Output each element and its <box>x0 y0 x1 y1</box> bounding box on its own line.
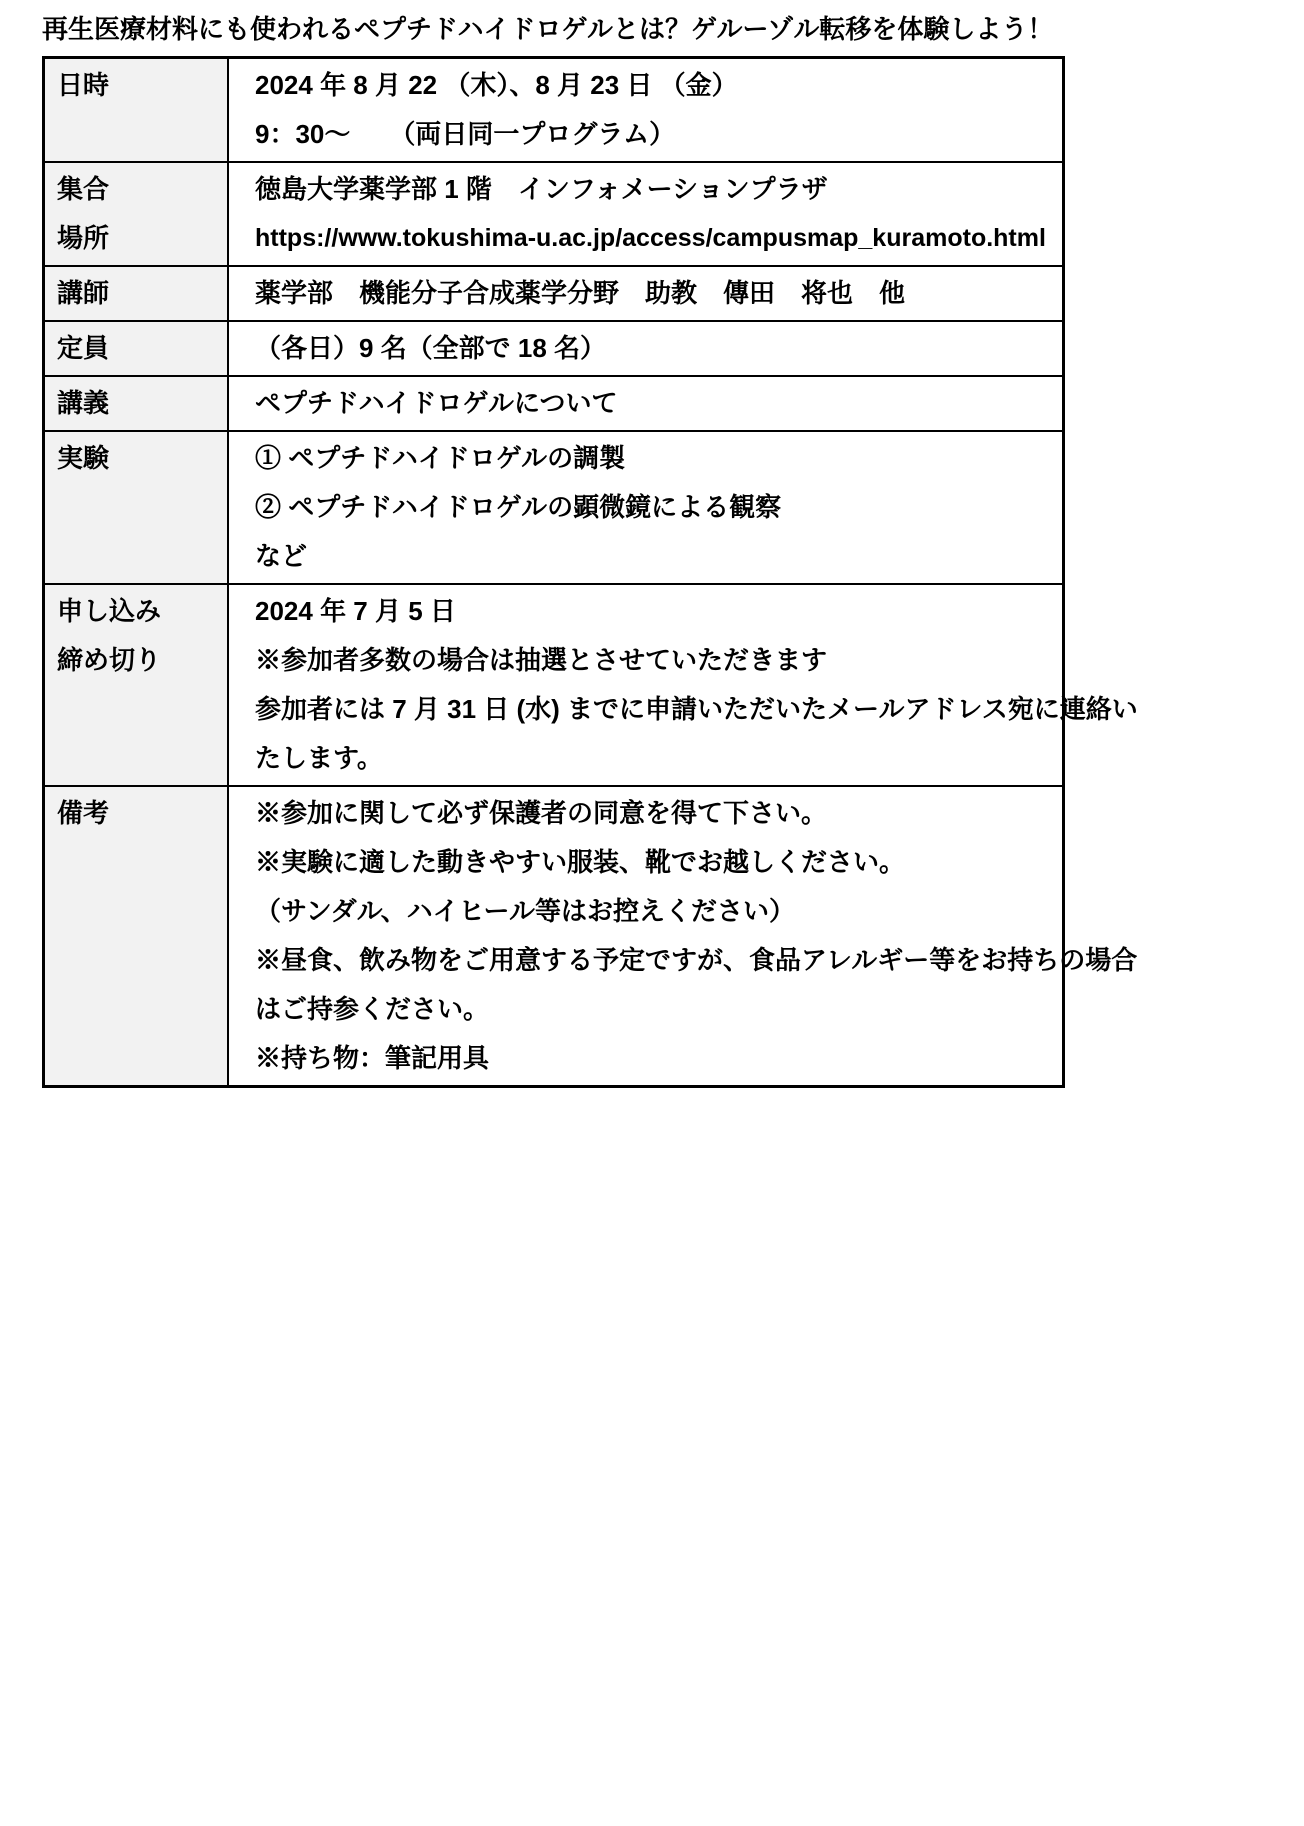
campus-map-url: https://www.tokushima-u.ac.jp/access/cam… <box>255 214 1056 263</box>
cell-line: 薬学部 機能分子合成薬学分野 助教 傳田 将也 他 <box>255 269 1056 318</box>
page-title: 再生医療材料にも使われるペプチドハイドロゲルとは？ゲルーゾル転移を体験しよう！ <box>42 12 1304 46</box>
cell-line: はご持参ください。 <box>255 985 1056 1034</box>
header-line: 備考 <box>57 789 223 838</box>
row-header-date: 日時 <box>44 58 229 163</box>
cell-line: ② ペプチドハイドロゲルの顕微鏡による観察 <box>255 483 1056 532</box>
row-value-notes: ※参加に関して必ず保護者の同意を得て下さい。 ※実験に適した動きやすい服装、靴で… <box>228 786 1064 1087</box>
cell-line: ※持ち物：筆記用具 <box>255 1034 1056 1083</box>
row-header-meeting-place: 集合 場所 <box>44 162 229 266</box>
row-value-date: 2024 年 8 月 22 （木）、8 月 23 日 （金） 9：30～ （両日… <box>228 58 1064 163</box>
header-line: 講義 <box>57 379 223 428</box>
table-row-lecture: 講義 ペプチドハイドロゲルについて <box>44 376 1064 431</box>
cell-line: ※昼食、飲み物をご用意する予定ですが、食品アレルギー等をお持ちの場合 <box>255 936 1056 985</box>
row-value-lecture: ペプチドハイドロゲルについて <box>228 376 1064 431</box>
row-value-application-deadline: 2024 年 7 月 5 日 ※参加者多数の場合は抽選とさせていただきます 参加… <box>228 584 1064 786</box>
header-line: 日時 <box>57 61 223 110</box>
cell-line: ※参加に関して必ず保護者の同意を得て下さい。 <box>255 789 1056 838</box>
header-line: 集合 <box>57 165 223 214</box>
header-line: 場所 <box>57 214 223 263</box>
row-header-notes: 備考 <box>44 786 229 1087</box>
cell-line: たします。 <box>255 734 1056 783</box>
table-row-lecturer: 講師 薬学部 機能分子合成薬学分野 助教 傳田 将也 他 <box>44 266 1064 321</box>
cell-line: （サンダル、ハイヒール等はお控えください） <box>255 887 1056 936</box>
header-line: 申し込み <box>57 587 223 636</box>
table-row-date: 日時 2024 年 8 月 22 （木）、8 月 23 日 （金） 9：30～ … <box>44 58 1064 163</box>
cell-line: 2024 年 8 月 22 （木）、8 月 23 日 （金） <box>255 61 1056 110</box>
table-row-capacity: 定員 （各日）9 名（全部で 18 名） <box>44 321 1064 376</box>
row-header-lecturer: 講師 <box>44 266 229 321</box>
row-value-lecturer: 薬学部 機能分子合成薬学分野 助教 傳田 将也 他 <box>228 266 1064 321</box>
row-header-capacity: 定員 <box>44 321 229 376</box>
row-value-meeting-place: 徳島大学薬学部 1 階 インフォメーションプラザ https://www.tok… <box>228 162 1064 266</box>
cell-line: 参加者には 7 月 31 日 (水) までに申請いただいたメールアドレス宛に連絡… <box>255 685 1056 734</box>
cell-line: ペプチドハイドロゲルについて <box>255 379 1056 428</box>
header-line: 締め切り <box>57 636 223 685</box>
cell-line: ① ペプチドハイドロゲルの調製 <box>255 434 1056 483</box>
document-page: 再生医療材料にも使われるペプチドハイドロゲルとは？ゲルーゾル転移を体験しよう！ … <box>0 0 1304 1088</box>
table-row-experiment: 実験 ① ペプチドハイドロゲルの調製 ② ペプチドハイドロゲルの顕微鏡による観察… <box>44 431 1064 584</box>
table-row-application-deadline: 申し込み 締め切り 2024 年 7 月 5 日 ※参加者多数の場合は抽選とさせ… <box>44 584 1064 786</box>
cell-line: （各日）9 名（全部で 18 名） <box>255 324 1056 373</box>
cell-line: 9：30～ （両日同一プログラム） <box>255 110 1056 159</box>
row-header-lecture: 講義 <box>44 376 229 431</box>
cell-line: 2024 年 7 月 5 日 <box>255 587 1056 636</box>
header-line: 定員 <box>57 324 223 373</box>
header-line: 実験 <box>57 434 223 483</box>
event-info-table: 日時 2024 年 8 月 22 （木）、8 月 23 日 （金） 9：30～ … <box>42 56 1065 1088</box>
row-header-application-deadline: 申し込み 締め切り <box>44 584 229 786</box>
row-header-experiment: 実験 <box>44 431 229 584</box>
row-value-experiment: ① ペプチドハイドロゲルの調製 ② ペプチドハイドロゲルの顕微鏡による観察 など <box>228 431 1064 584</box>
table-row-notes: 備考 ※参加に関して必ず保護者の同意を得て下さい。 ※実験に適した動きやすい服装… <box>44 786 1064 1087</box>
cell-line: ※参加者多数の場合は抽選とさせていただきます <box>255 636 1056 685</box>
cell-line: など <box>255 532 1056 581</box>
cell-line: ※実験に適した動きやすい服装、靴でお越しください。 <box>255 838 1056 887</box>
table-row-meeting-place: 集合 場所 徳島大学薬学部 1 階 インフォメーションプラザ https://w… <box>44 162 1064 266</box>
cell-line: 徳島大学薬学部 1 階 インフォメーションプラザ <box>255 165 1056 214</box>
header-line: 講師 <box>57 269 223 318</box>
row-value-capacity: （各日）9 名（全部で 18 名） <box>228 321 1064 376</box>
